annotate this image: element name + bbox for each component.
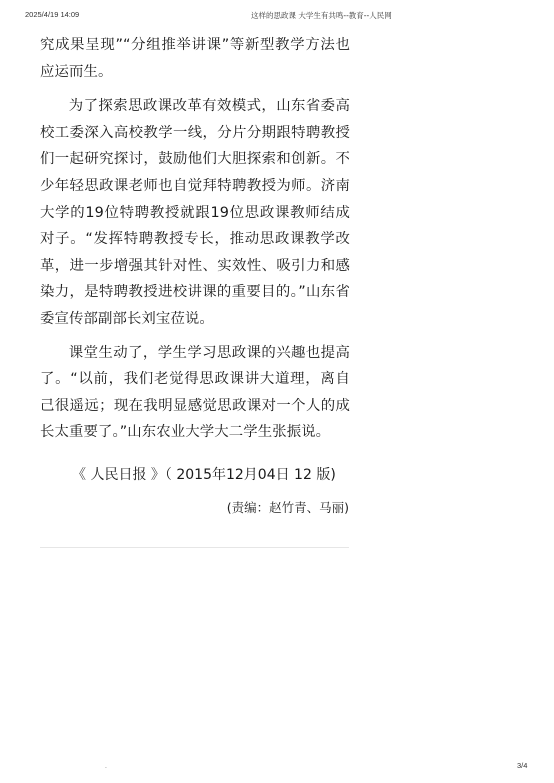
editor-credit: (责编：赵竹青、马丽) [227, 498, 349, 516]
article-paragraph: 课堂生动了，学生学习思政课的兴趣也提高了。“以前，我们老觉得思政课讲大道理，离自… [40, 340, 350, 446]
article-body: 究成果呈现”“分组推举讲课”等新型教学方法也应运而生。 为了探索思政课改革有效模… [40, 32, 350, 453]
page-number: 3/4 [517, 761, 527, 770]
print-header-date: 2025/4/19 14:09 [25, 10, 79, 19]
article-paragraph: 究成果呈现”“分组推举讲课”等新型教学方法也应运而生。 [40, 32, 350, 85]
source-citation: 《 人民日报 》（ 2015年12月04日 12 版) [72, 464, 336, 484]
print-header-page-title: 这样的思政课 大学生有共鸣--教育--人民网 [251, 10, 392, 21]
footer-dot: . [105, 763, 107, 770]
article-paragraph: 为了探索思政课改革有效模式，山东省委高校工委深入高校教学一线，分片分期跟特聘教授… [40, 93, 350, 332]
divider [40, 547, 349, 548]
